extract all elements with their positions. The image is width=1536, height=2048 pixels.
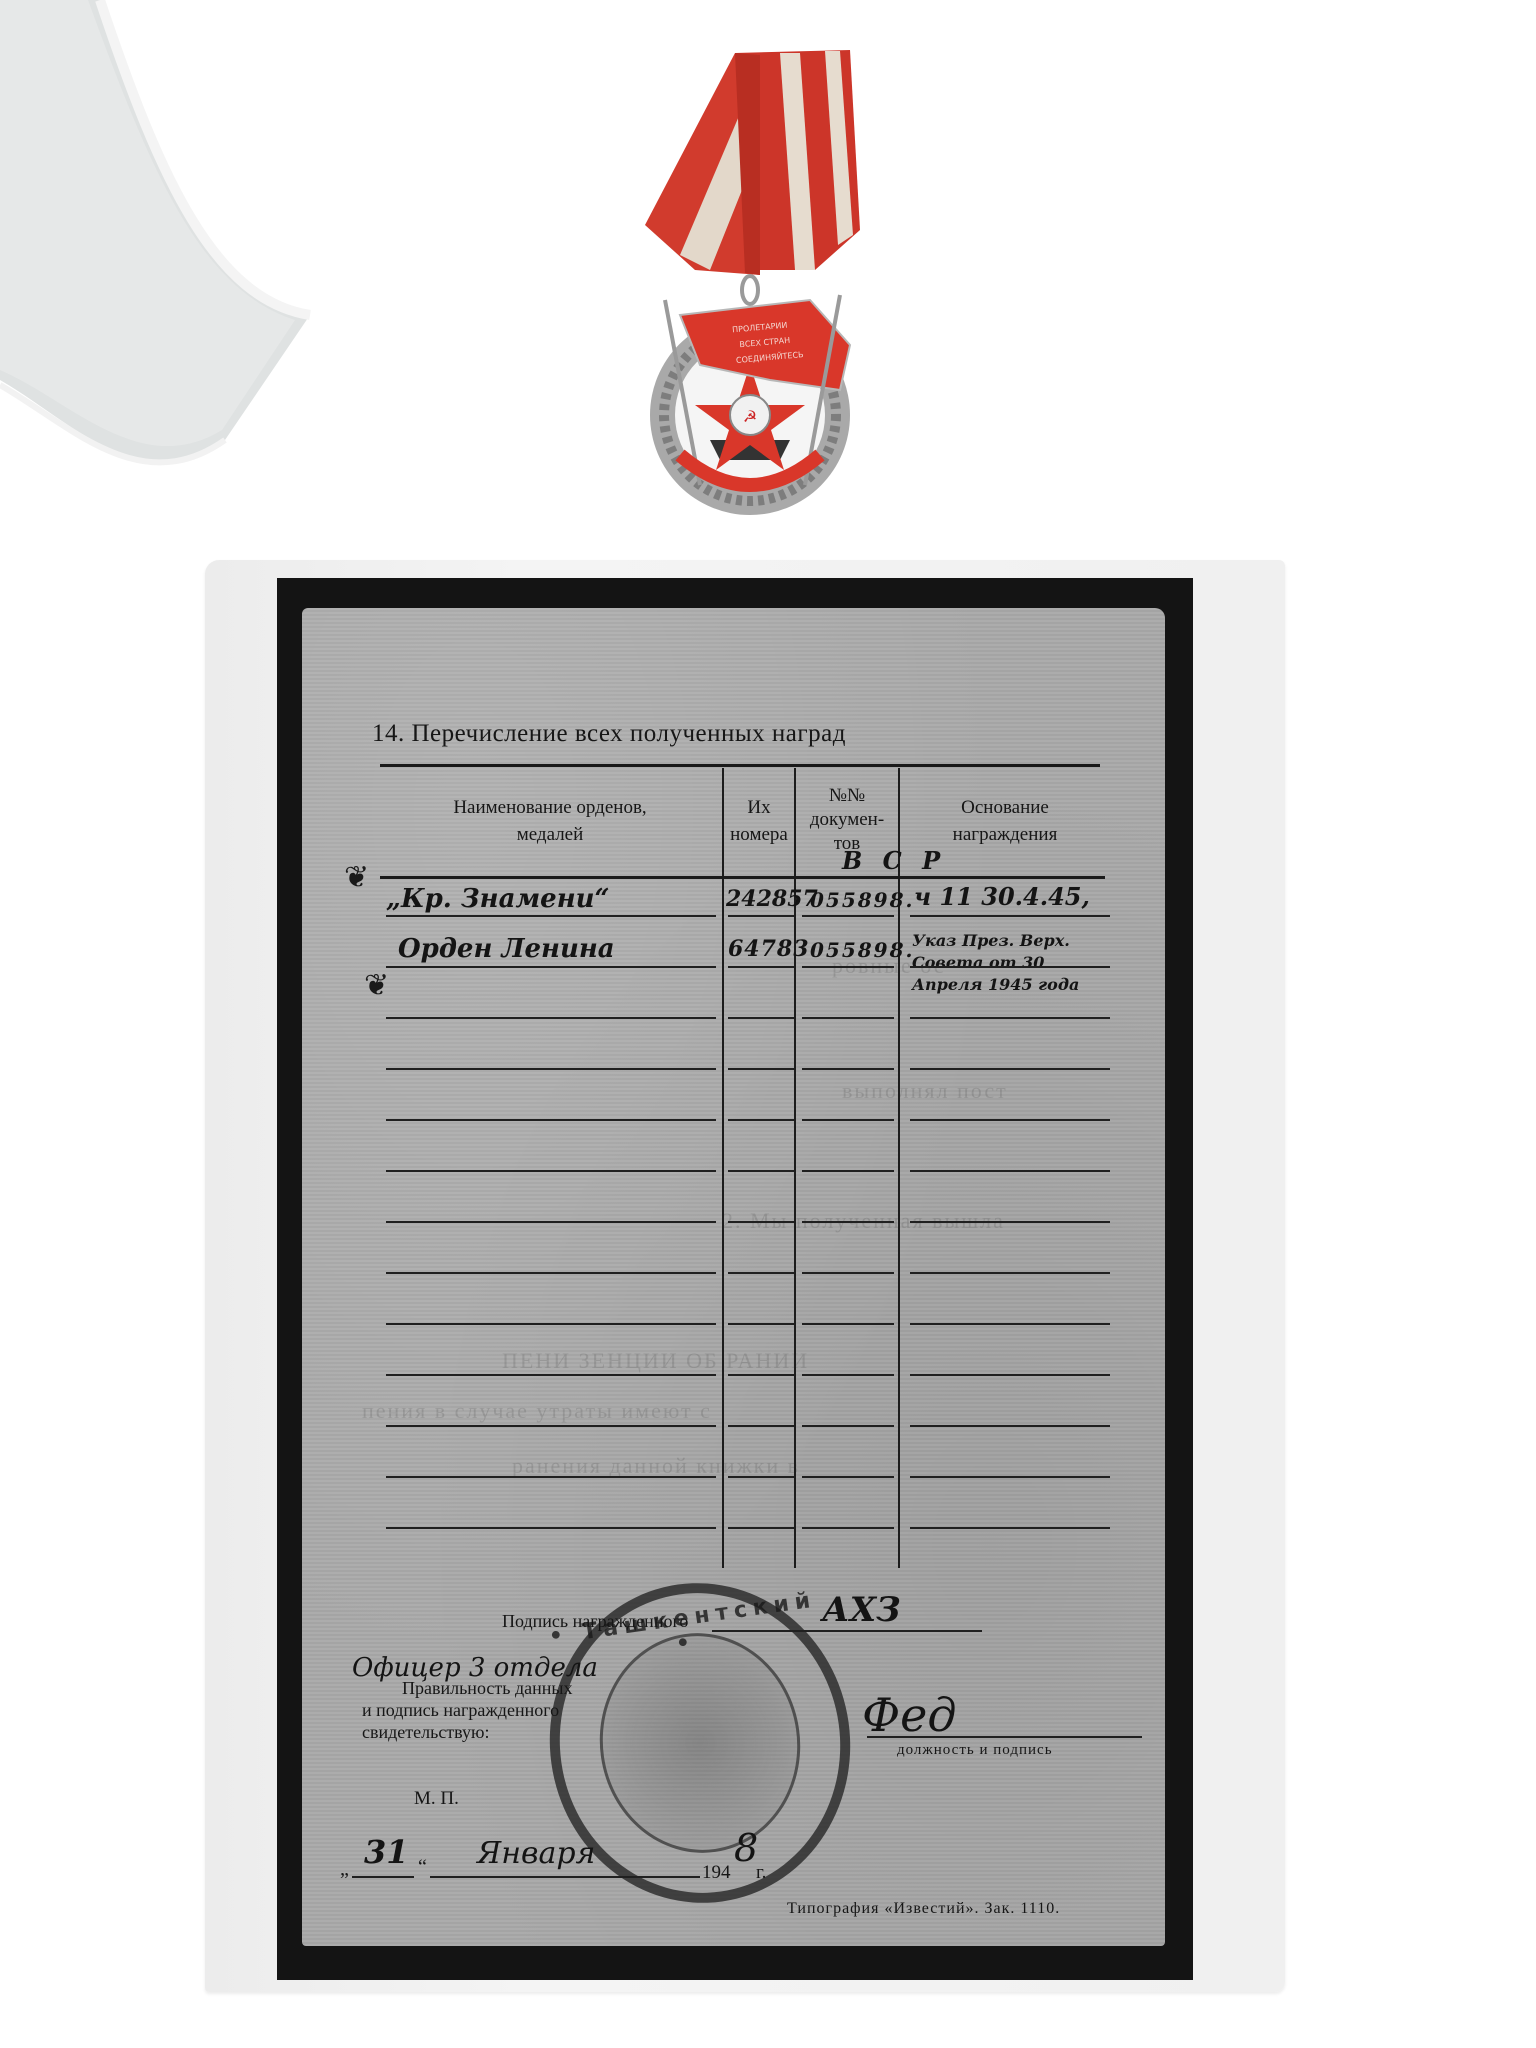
table-row-line: [728, 1017, 794, 1019]
table-row-line: [910, 1374, 1110, 1376]
table-row-line: [386, 1119, 716, 1121]
award-number-cell: 64783: [728, 936, 810, 962]
table-row-line: [910, 1272, 1110, 1274]
table-row-line: [386, 1374, 716, 1376]
position-signature-label: должность и подпись: [897, 1742, 1053, 1759]
table-row-line: [802, 1527, 894, 1529]
table-row-line: [802, 1221, 894, 1223]
table-row-line: [802, 1119, 894, 1121]
table-row-line: [802, 966, 894, 968]
svg-text:☭: ☭: [743, 407, 757, 426]
table-row-line: [910, 1476, 1110, 1478]
award-number-cell: 242857: [726, 886, 818, 912]
table-row-line: [802, 1272, 894, 1274]
table-row-line: [386, 1527, 716, 1529]
table-row-line: [802, 1425, 894, 1427]
verification-label-line2: и подпись награжденного: [362, 1700, 559, 1721]
title-rule: [380, 764, 1100, 767]
award-record-document: ровные ос выполнял пост 2. Мы полученная…: [302, 608, 1165, 1946]
award-basis-cell: Указ През. Верх. Совета от 30 Апреля 194…: [912, 930, 1112, 996]
table-row-line: [910, 1068, 1110, 1070]
printer-imprint: Типография «Известий». Зак. 1110.: [787, 1900, 1060, 1918]
table-row-line: [728, 1374, 794, 1376]
table-row-line: [910, 1170, 1110, 1172]
table-row-line: [386, 1017, 716, 1019]
table-row-line: [386, 1068, 716, 1070]
table-row-line: [728, 1323, 794, 1325]
table-row-line: [728, 966, 794, 968]
table-row-line: [386, 1425, 716, 1427]
table-row-line: [728, 1527, 794, 1529]
date-day-line: [352, 1876, 414, 1878]
table-row-line: [386, 1323, 716, 1325]
leaf-mark-icon: ❦: [344, 860, 369, 895]
table-row-line: [728, 1068, 794, 1070]
date-day: 31: [364, 1833, 409, 1871]
table-row-line: [728, 1272, 794, 1274]
document-number-cell: 055898.: [810, 888, 914, 912]
column-header-number: Их номера: [724, 794, 794, 848]
order-of-red-banner-medal: ☭ ПРОЛЕТАРИИ ВСЕХ СТРАН СОЕДИНЯЙТЕСЬ: [640, 45, 890, 535]
table-row-line: [910, 1221, 1110, 1223]
table-row-line: [728, 915, 794, 917]
date-quote-close: “: [418, 1856, 427, 1879]
recipient-signature-label: Подпись награжденного: [502, 1611, 688, 1632]
verification-label-line1: Правильность данных: [402, 1678, 572, 1699]
table-row-line: [802, 1323, 894, 1325]
date-month: Января: [477, 1836, 595, 1871]
date-year-unit: г.: [756, 1862, 766, 1884]
award-name-cell: „Кр. Знамени“: [386, 884, 610, 914]
date-year-prefix: 194: [702, 1862, 731, 1884]
signature-line: [712, 1630, 982, 1632]
table-row-line: [386, 1221, 716, 1223]
table-row-line: [728, 1476, 794, 1478]
award-name-cell: Орден Ленина: [398, 934, 615, 964]
table-row-line: [728, 1119, 794, 1121]
handwritten-header-note: В С Р: [842, 846, 946, 875]
table-row-line: [386, 915, 716, 917]
table-row-line: [910, 1017, 1110, 1019]
date-month-line: [430, 1876, 700, 1878]
leaf-mark-icon: ❦: [364, 968, 389, 1003]
table-row-line: [728, 1425, 794, 1427]
table-row-line: [910, 1323, 1110, 1325]
date-year-suffix: 8: [734, 1826, 758, 1870]
table-row-line: [728, 1221, 794, 1223]
signature-line: [867, 1736, 1142, 1738]
column-header-basis: Основание награждения: [900, 794, 1110, 848]
table-row-line: [802, 915, 894, 917]
table-row-line: [910, 1119, 1110, 1121]
table-row-line: [728, 1170, 794, 1172]
ribbon: [645, 50, 860, 275]
table-row-line: [386, 1272, 716, 1274]
table-row-line: [802, 1068, 894, 1070]
table-row-line: [802, 1017, 894, 1019]
header-rule: [380, 876, 1105, 879]
document-number-cell: 055898.: [810, 938, 914, 962]
seal-label: М. П.: [414, 1788, 459, 1810]
table-row-line: [802, 1170, 894, 1172]
table-row-line: [802, 1476, 894, 1478]
award-basis-cell: ч 11 30.4.45,: [914, 882, 1090, 911]
column-header-award-name: Наименование орденов, медалей: [380, 794, 720, 848]
table-row-line: [386, 966, 716, 968]
verification-label-line3: свидетельствую:: [362, 1722, 490, 1743]
recipient-signature: АХЗ: [822, 1590, 901, 1630]
date-quote-open: „: [340, 1858, 349, 1881]
table-row-line: [910, 1527, 1110, 1529]
table-row-line: [910, 1425, 1110, 1427]
verifier-signature: Фед: [862, 1688, 957, 1742]
section-title: 14. Перечисление всех полученных наград: [372, 720, 846, 748]
table-row-line: [910, 966, 1110, 968]
table-row-line: [386, 1476, 716, 1478]
column-divider: [722, 768, 724, 1568]
table-row-line: [386, 1170, 716, 1172]
table-row-line: [802, 1374, 894, 1376]
table-row-line: [910, 915, 1110, 917]
